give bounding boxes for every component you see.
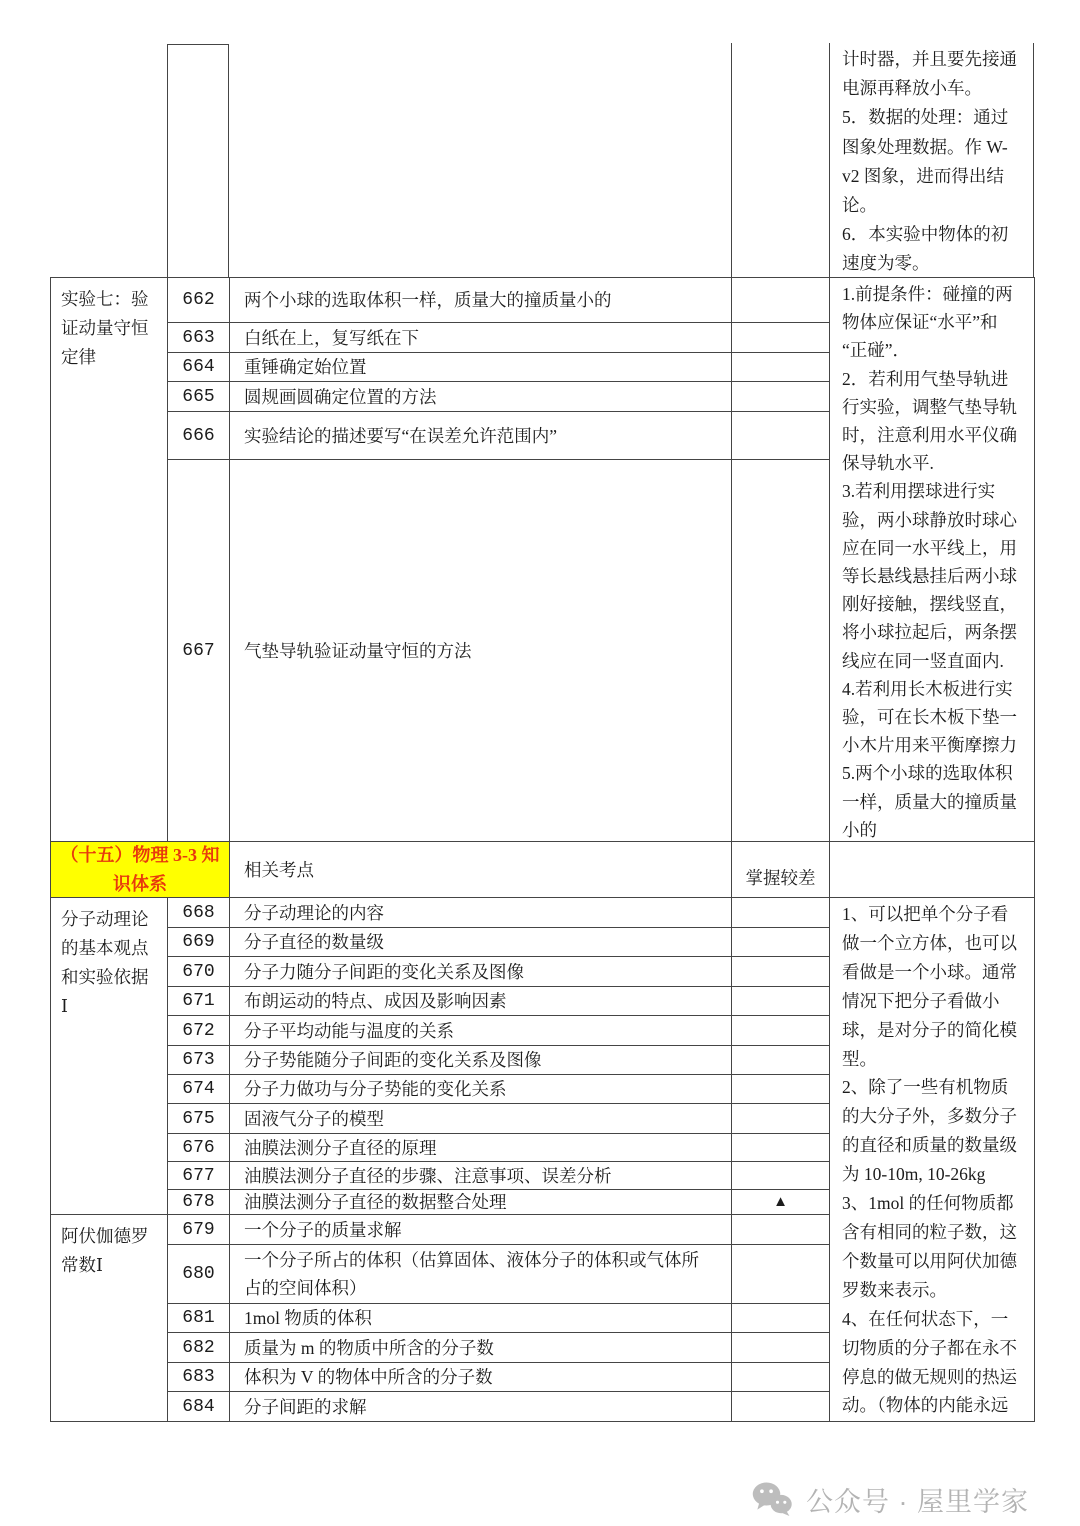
- row-number-cell: 672: [168, 1016, 230, 1046]
- row-content-cell: 两个小球的选取体积一样，质量大的撞质量小的: [230, 278, 732, 323]
- mastery-mark-cell: [732, 1162, 830, 1190]
- wechat-icon: [750, 1481, 794, 1518]
- mastery-mark-cell: [732, 382, 830, 412]
- notes-cell-top: 计时器，并且要先接通 电源再释放小车。 5．数据的处理：通过 图象处理数据。作 …: [842, 45, 1024, 275]
- row-content-cell: 分子势能随分子间距的变化关系及图像: [230, 1046, 732, 1075]
- mastery-mark-cell: [732, 1333, 830, 1363]
- row-content-cell: 分子力做功与分子势能的变化关系: [230, 1075, 732, 1104]
- mastery-mark-cell: [732, 1245, 830, 1304]
- row-number-cell: 666: [168, 412, 230, 460]
- knowledge-table: 实验七：验 证动量守恒 定律 662 两个小球的选取体积一样，质量大的撞质量小的…: [50, 277, 1035, 1422]
- table-right-border: [1033, 43, 1034, 277]
- row-number-cell: 667: [168, 460, 230, 842]
- mastery-column-header: 掌握较差: [732, 842, 830, 898]
- row-number-cell: 678: [168, 1190, 230, 1215]
- row-number-cell: 679: [168, 1215, 230, 1245]
- row-content-cell: 油膜法测分子直径的原理: [230, 1134, 732, 1162]
- empty-cell: [830, 842, 1035, 898]
- column-divider: [731, 43, 732, 277]
- row-content-cell: 白纸在上，复写纸在下: [230, 323, 732, 353]
- mastery-mark-cell: [732, 323, 830, 353]
- row-number-cell: 683: [168, 1363, 230, 1392]
- row-content-cell: 实验结论的描述要写“在误差允许范围内”: [230, 412, 732, 460]
- mastery-mark-cell: [732, 1304, 830, 1333]
- footer-watermark: 公众号 · 屋里学家: [750, 1478, 1029, 1520]
- row-content-cell: 分子动理论的内容: [230, 898, 732, 928]
- section-title-avogadro: 阿伏伽德罗 常数Ⅰ: [51, 1215, 168, 1422]
- mastery-mark-cell: [732, 1363, 830, 1392]
- row-content-cell: 一个分子的质量求解: [230, 1215, 732, 1245]
- mastery-mark-cell: [732, 898, 830, 928]
- row-content-cell: 一个分子所占的体积（估算固体、液体分子的体积或气体所 占的空间体积）: [230, 1245, 732, 1304]
- row-number-cell: 677: [168, 1162, 230, 1190]
- row-number-cell: 669: [168, 928, 230, 957]
- mastery-mark-cell: [732, 957, 830, 987]
- mastery-mark-cell: [732, 928, 830, 957]
- mastery-mark-cell: [732, 460, 830, 842]
- mastery-mark-cell: [732, 1075, 830, 1104]
- row-content-cell: 分子间距的求解: [230, 1392, 732, 1422]
- row-number-cell: 671: [168, 987, 230, 1016]
- document-page: 计时器，并且要先接通 电源再释放小车。 5．数据的处理：通过 图象处理数据。作 …: [0, 0, 1080, 1526]
- mastery-mark-cell: [732, 1046, 830, 1075]
- notes-cell-physics33: 1、可以把单个分子看 做一个立方体，也可以 看做是一个小球。通常 情况下把分子看…: [830, 898, 1035, 1422]
- row-number-cell: 668: [168, 898, 230, 928]
- mastery-mark-cell: [732, 1104, 830, 1134]
- mastery-mark-cell: [732, 353, 830, 382]
- row-number-cell: 684: [168, 1392, 230, 1422]
- row-content-cell: 分子直径的数量级: [230, 928, 732, 957]
- row-content-cell: 质量为 m 的物质中所含的分子数: [230, 1333, 732, 1363]
- column-divider: [829, 43, 830, 277]
- row-number-cell: 675: [168, 1104, 230, 1134]
- mastery-mark-cell: [732, 1016, 830, 1046]
- row-content-cell: 体积为 V 的物体中所含的分子数: [230, 1363, 732, 1392]
- related-points-label: 相关考点: [230, 842, 732, 898]
- row-content-cell: 圆规画圆确定位置的方法: [230, 382, 732, 412]
- row-number-cell: 664: [168, 353, 230, 382]
- row-number-cell: 663: [168, 323, 230, 353]
- row-content-cell: 油膜法测分子直径的步骤、注意事项、误差分析: [230, 1162, 732, 1190]
- mastery-triangle-mark: ▲: [732, 1190, 830, 1215]
- row-content-cell: 1mol 物质的体积: [230, 1304, 732, 1333]
- row-content-cell: 重锤确定始位置: [230, 353, 732, 382]
- row-number-cell: 673: [168, 1046, 230, 1075]
- row-number-cell: 670: [168, 957, 230, 987]
- mastery-mark-cell: [732, 987, 830, 1016]
- row-content-cell: 布朗运动的特点、成因及影响因素: [230, 987, 732, 1016]
- row-number-cell: 662: [168, 278, 230, 323]
- footer-brand-text: 公众号 · 屋里学家: [806, 1480, 1029, 1519]
- row-content-cell: 分子平均动能与温度的关系: [230, 1016, 732, 1046]
- row-content-cell: 固液气分子的模型: [230, 1104, 732, 1134]
- mastery-mark-cell: [732, 1392, 830, 1422]
- section-title-molecular: 分子动理论 的基本观点 和实验依据 Ⅰ: [51, 898, 168, 1215]
- row-content-cell: 气垫导轨验证动量守恒的方法: [230, 460, 732, 842]
- mastery-mark-cell: [732, 412, 830, 460]
- mastery-mark-cell: [732, 1134, 830, 1162]
- row-number-cell: 665: [168, 382, 230, 412]
- row-number-cell: 674: [168, 1075, 230, 1104]
- top-number-column-box: [167, 44, 229, 277]
- section-header-highlight: （十五）物理 3-3 知 识体系: [51, 842, 230, 898]
- row-number-cell: 682: [168, 1333, 230, 1363]
- row-content-cell: 分子力随分子间距的变化关系及图像: [230, 957, 732, 987]
- row-content-cell: 油膜法测分子直径的数据整合处理: [230, 1190, 732, 1215]
- row-number-cell: 680: [168, 1245, 230, 1304]
- row-number-cell: 681: [168, 1304, 230, 1333]
- notes-cell-exp7: 1.前提条件：碰撞的两 物体应保证“水平”和 “正碰”． 2．若利用气垫导轨进 …: [830, 278, 1035, 842]
- row-number-cell: 676: [168, 1134, 230, 1162]
- mastery-mark-cell: [732, 1215, 830, 1245]
- section-title-exp7: 实验七：验 证动量守恒 定律: [51, 278, 168, 842]
- mastery-mark-cell: [732, 278, 830, 323]
